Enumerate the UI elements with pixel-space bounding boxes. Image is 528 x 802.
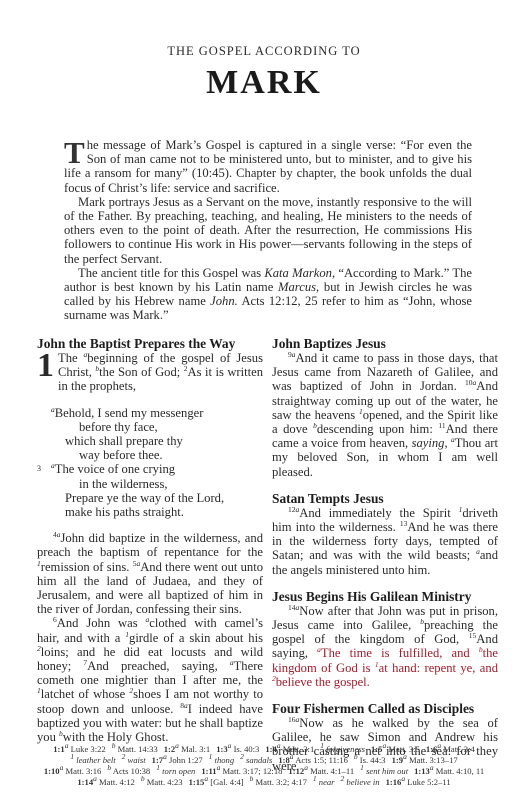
verse-1-2: 1The abeginning of the gospel of Jesus C… [37,351,263,394]
verse-number: 3 [37,462,51,476]
red-letter-text: believe the gospel. [276,675,370,689]
intro-paragraph-2: Mark portrays Jesus as a Servant on the … [64,195,472,266]
footnote-text: John 1:27 [167,755,203,765]
footnote-entry[interactable]: 1:16a Luke 5:2–11 [386,777,451,787]
footnote-entry[interactable]: 1:11a Matt. 3:17; 12:18 [201,766,282,776]
footnote-entry[interactable]: 1 near [313,777,335,787]
book-subtitle: THE GOSPEL ACCORDING TO [0,44,528,59]
verse-9-11: 9aAnd it came to pass in those days, tha… [272,351,498,479]
section-heading: Four Fishermen Called as Disciples [272,701,498,716]
footnote-entry[interactable]: b Is. 44:3 [354,755,386,765]
verse-number: 16 [288,715,296,724]
footnote-text: Matt. 3:1 [281,744,315,754]
verse-reference: 1:16 [386,777,402,787]
footnote-text: Mal. 3:1 [179,744,210,754]
verse-reference: 1:5 [371,744,382,754]
section-heading: John the Baptist Prepares the Way [37,336,263,351]
verse-14-15: 14aNow after that John was put in prison… [272,604,498,689]
footnote-entry[interactable]: 2 sandals [240,755,272,765]
footnote-entry[interactable]: 1:13a Matt. 4:10, 11 [414,766,484,776]
verse-reference: 1:1 [53,744,64,754]
verse-reference: 1:6 [426,744,437,754]
verse-reference: 1:15 [189,777,205,787]
footnote-entry[interactable]: b Matt. 4:23 [141,777,183,787]
footnote-entry[interactable]: 1:3a Is. 40:3 [216,744,259,754]
bible-page: THE GOSPEL ACCORDING TO MARK The message… [0,0,528,802]
footnote-text: [Gal. 4:4] [208,777,244,787]
section-heading: Jesus Begins His Galilean Ministry [272,589,498,604]
footnote-entry[interactable]: 1:6a Matt. 3:4 [426,744,475,754]
red-letter-text: The time is fulfilled, and [321,646,479,660]
verse-reference: 1:12 [288,766,304,776]
footnote-text: near [317,777,335,787]
verse-reference: 1:4 [265,744,276,754]
verse-reference: 1:10 [44,766,60,776]
footnote-text: Luke 5:2–11 [405,777,451,787]
verse-reference: 1:3 [216,744,227,754]
right-column: John Baptizes Jesus 9aAnd it came to pas… [272,336,498,773]
footnote-text: Matt. 4:12 [97,777,135,787]
verse-number: 10 [465,378,473,387]
footnote-entry[interactable]: 2 believe in [341,777,380,787]
footnote-entry[interactable]: b Matt. 3:2; 4:17 [250,777,307,787]
intro-paragraph-1: The message of Mark’s Gospel is captured… [64,138,472,195]
footnote-row: 1:10a Matt. 3:16b Acts 10:381 torn open1… [30,766,498,777]
verse-reference: 1:14 [77,777,93,787]
footnote-entry[interactable]: 1:1a Luke 3:22 [53,744,105,754]
verse-number: 11 [438,421,445,430]
verse-reference: 1:8 [278,755,289,765]
footnote-entry[interactable]: 1 torn open [156,766,195,776]
verse-6-8: 6And John was aclothed with camel’s hair… [37,616,263,744]
section-heading: John Baptizes Jesus [272,336,498,351]
footnote-text: believe in [344,777,379,787]
book-title: MARK [0,64,528,102]
red-letter-text: at hand: repent ye, and [379,661,498,675]
footnote-text: sandals [244,755,272,765]
footnote-row: 1:1a Luke 3:22b Matt. 14:331:2a Mal. 3:1… [30,744,498,755]
poetry-quote: aBehold, I send my messenger before thy … [51,406,263,520]
footnote-entry[interactable]: b Matt. 14:33 [112,744,158,754]
verse-4-5: 4aJohn did baptize in the wilderness, an… [37,531,263,616]
footnote-text: Is. 40:3 [231,744,259,754]
footnote-entry[interactable]: 1:9a Matt. 3:13–17 [392,755,458,765]
chapter-number: 1 [37,352,54,380]
footnote-text: torn open [160,766,195,776]
footnote-entry[interactable]: 1:5a Matt. 3:5 [371,744,420,754]
footnote-row: 1 leather belt2 waist1:7a John 1:271 tho… [30,755,498,766]
section-heading: Satan Tempts Jesus [272,491,498,506]
verse-reference: 1:13 [414,766,430,776]
footnote-entry[interactable]: 1:8a Acts 1:5; 11:16 [278,755,348,765]
drop-cap: T [64,140,85,166]
left-column: John the Baptist Prepares the Way 1The a… [37,336,263,744]
footnote-text: Matt. 4:23 [145,777,183,787]
footnote-entry[interactable]: 1:14a Matt. 4:12 [77,777,134,787]
footnote-text: Acts 1:5; 11:16 [294,755,348,765]
book-introduction: The message of Mark’s Gospel is captured… [64,138,472,323]
footnote-entry[interactable]: 1 thong [209,755,234,765]
footnote-text: Matt. 3:4 [441,744,475,754]
intro-paragraph-3: The ancient title for this Gospel was Ka… [64,266,472,323]
footnote-entry[interactable]: 1:15a [Gal. 4:4] [189,777,244,787]
footnote-entry[interactable]: 1:2a Mal. 3:1 [164,744,211,754]
footnote-text: waist [125,755,145,765]
footnote-text: Matt. 3:2; 4:17 [253,777,306,787]
footnote-entry[interactable]: 1:12a Matt. 4:1–11 [288,766,354,776]
verse-12-13: 12aAnd immediately the Spirit 1driveth h… [272,506,498,577]
footnote-text: Matt. 4:10, 11 [434,766,485,776]
footnote-entry[interactable]: 2 waist [122,755,146,765]
verse-number: 12 [288,505,296,514]
footnote-row: 1:14a Matt. 4:12b Matt. 4:231:15a [Gal. … [30,777,498,788]
cross-reference-footnotes: 1:1a Luke 3:22b Matt. 14:331:2a Mal. 3:1… [30,744,498,788]
footnote-text: forgiveness [324,744,365,754]
footnote-entry[interactable]: 1 forgiveness [320,744,365,754]
verse-number: 14 [288,603,296,612]
verse-reference: 1:9 [392,755,403,765]
